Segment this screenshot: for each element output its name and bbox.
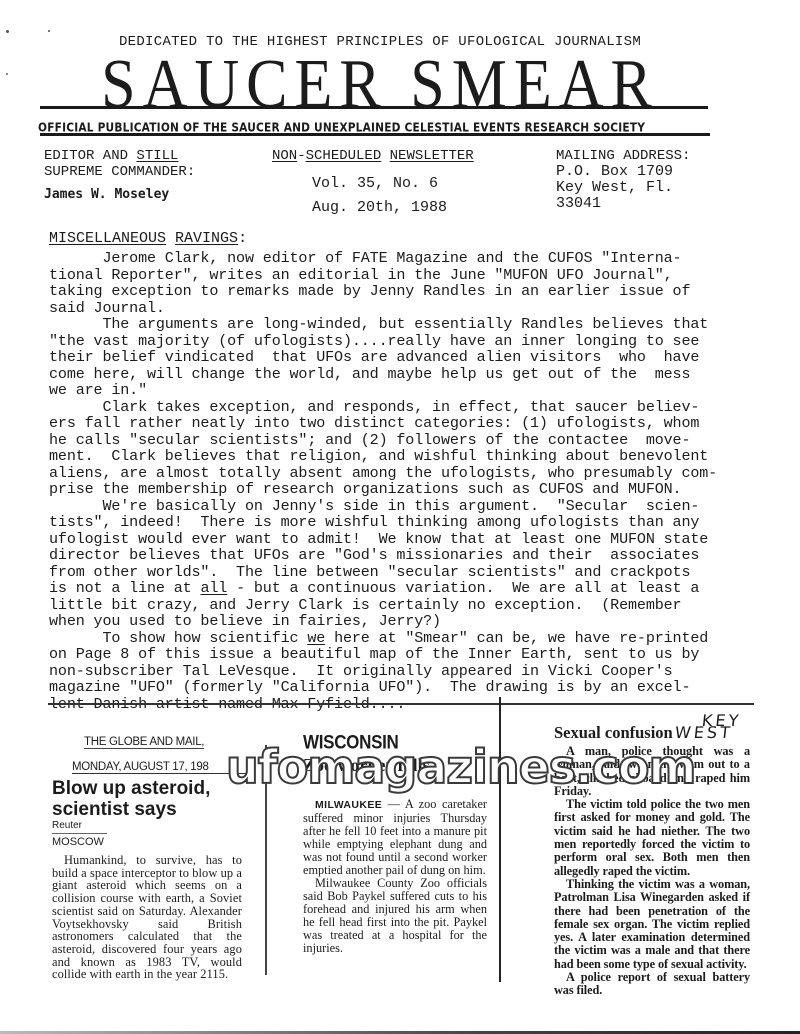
- clipping-paragraph: Thinking the victim was a woman, Patrolm…: [554, 878, 750, 971]
- newsletter-block: NON-SCHEDULED NEWSLETTER Vol. 35, No. 6 …: [272, 148, 474, 216]
- issue-date: Aug. 20th, 1988: [312, 200, 474, 216]
- article-heading: MISCELLANEOUS RAVINGS:: [49, 230, 247, 247]
- article-line: said Journal.: [49, 300, 769, 317]
- article-line: aliens, are almost totally absent among …: [49, 465, 769, 482]
- mailing-address: MAILING ADDRESS: P.O. Box 1709 Key West,…: [556, 148, 690, 212]
- clipping-body: Humankind, to survive, has to build a sp…: [52, 854, 242, 981]
- article-line: taking exception to remarks made by Jenn…: [49, 283, 769, 300]
- article-line: little bit crazy, and Jerry Clark is cer…: [49, 597, 769, 614]
- article-line: he calls "secular scientists"; and (2) f…: [49, 432, 769, 449]
- scan-speck: [6, 30, 9, 33]
- article-line: magazine "UFO" (formerly "California UFO…: [49, 679, 769, 696]
- section-divider: [48, 703, 754, 705]
- clipping-city: MOSCOW: [52, 836, 248, 848]
- watermark: ufomagazines.com: [226, 744, 695, 790]
- article-line: we are in.": [49, 382, 769, 399]
- clipping-wire: Reuter: [52, 820, 107, 834]
- editor-name: James W. Moseley: [44, 187, 195, 203]
- clipping-body: Milwaukee County Zoo officials said Bob …: [303, 877, 487, 955]
- scan-speck: [48, 30, 50, 32]
- clipping-source: THE GLOBE AND MAIL,: [84, 736, 204, 749]
- article-line: director believes that UFOs are "God's m…: [49, 547, 769, 564]
- article-line: Clark takes exception, and responds, in …: [49, 399, 769, 416]
- article-line: on Page 8 of this issue a beautiful map …: [49, 646, 769, 663]
- article-line: "the vast majority (of ufologists)....re…: [49, 333, 769, 350]
- editor-block: EDITOR AND STILL SUPREME COMMANDER: Jame…: [44, 148, 195, 203]
- article-body: Jerome Clark, now editor of FATE Magazin…: [49, 250, 769, 712]
- clipping-dateline: MONDAY, AUGUST 17, 198: [72, 761, 248, 774]
- article-line: ers fall rather neatly into two distinct…: [49, 415, 769, 432]
- masthead-top-rule: [40, 106, 708, 109]
- mailing-label: MAILING ADDRESS:: [556, 148, 690, 164]
- article-line: We're basically on Jenny's side in this …: [49, 498, 769, 515]
- editor-label-commander: SUPREME COMMANDER:: [44, 164, 195, 180]
- clipping-paragraph: The victim told police the two men first…: [554, 798, 750, 878]
- newsletter-type: NON-SCHEDULED NEWSLETTER: [272, 148, 474, 164]
- article-line: from other worlds". The line between "se…: [49, 564, 769, 581]
- mailing-line: 33041: [556, 196, 690, 212]
- mailing-line: Key West, Fl.: [556, 180, 690, 196]
- article-line: prise the membership of research organiz…: [49, 481, 769, 498]
- editor-label-still: STILL: [136, 148, 178, 164]
- masthead-title: SAUCER SMEAR: [0, 50, 760, 119]
- mailing-line: P.O. Box 1709: [556, 164, 690, 180]
- clipping-globe-and-mail: THE GLOBE AND MAIL, MONDAY, AUGUST 17, 1…: [52, 730, 248, 981]
- clipping-headline: Blow up asteroid, scientist says: [52, 778, 248, 820]
- article-line: ment. Clark believes that religion, and …: [49, 448, 769, 465]
- article-line: when you used to believe in fairies, Jer…: [49, 613, 769, 630]
- volume-number: Vol. 35, No. 6: [312, 176, 474, 192]
- masthead-bottom-rule: [40, 133, 710, 136]
- article-line: ufologist would ever want to admit! We k…: [49, 531, 769, 548]
- clipping-body: MILWAUKEE — A zoo caretaker suffered min…: [303, 798, 487, 877]
- article-line: To show how scientific we here at "Smear…: [49, 630, 769, 647]
- article-line: their belief vindicated that UFOs are ad…: [49, 349, 769, 366]
- article-line: The arguments are long-winded, but essen…: [49, 316, 769, 333]
- article-line: tional Reporter", writes an editorial in…: [49, 267, 769, 284]
- article-line: tists", indeed! There is more wishful th…: [49, 514, 769, 531]
- article-line: non-subscriber Tal LeVesque. It original…: [49, 663, 769, 680]
- article-line: come here, will change the world, and ma…: [49, 366, 769, 383]
- article-line: Jerome Clark, now editor of FATE Magazin…: [49, 250, 769, 267]
- article-line: is not a line at all - but a continuous …: [49, 580, 769, 597]
- clipping-paragraph: A police report of sexual battery was fi…: [554, 971, 750, 998]
